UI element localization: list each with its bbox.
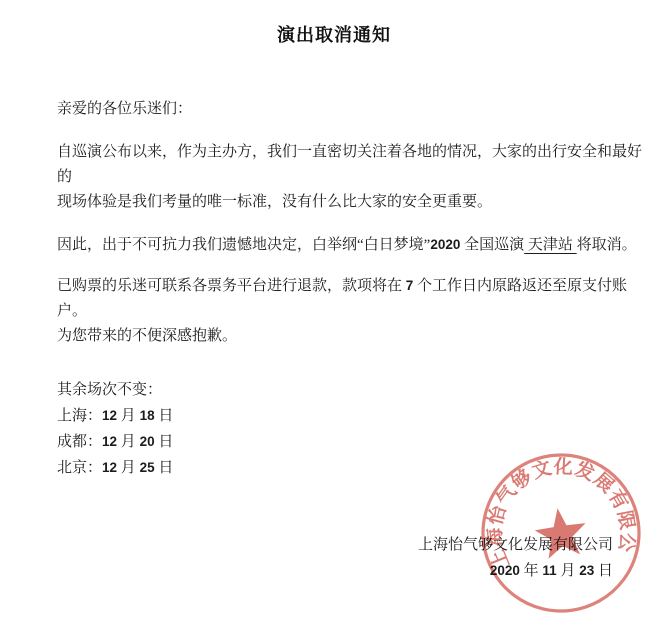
greeting-line: 亲爱的各位乐迷们： — [57, 97, 642, 122]
number: 25 — [140, 460, 155, 475]
number: 18 — [140, 408, 155, 423]
number: 11 — [542, 563, 556, 578]
number: 20 — [140, 434, 155, 449]
number: 2020 — [490, 563, 520, 578]
notice-body: 亲爱的各位乐迷们： 自巡演公布以来，作为主办方，我们一直密切关注着各地的情况，大… — [0, 97, 668, 481]
number: 7 — [406, 278, 414, 293]
number: 12 — [102, 434, 117, 449]
schedule-item-beijing: 北京：12 月 25 日 — [57, 455, 642, 481]
signature-company: 上海怡气够文化发展有限公司 — [418, 533, 613, 558]
signature-date: 2020 年 11 月 23 日 — [418, 558, 613, 584]
document-title: 演出取消通知 — [0, 0, 668, 47]
cancellation-text-after: 将取消。 — [577, 237, 637, 253]
number: 12 — [102, 460, 117, 475]
signature-block: 上海怡气够文化发展有限公司 2020 年 11 月 23 日 — [418, 533, 613, 584]
schedule-list: 其余场次不变： 上海：12 月 18 日 成都：12 月 20 日 北京：12 … — [57, 378, 642, 481]
number: 12 — [102, 408, 117, 423]
schedule-item-chengdu: 成都：12 月 20 日 — [57, 429, 642, 455]
cancellation-text-before: 因此，出于不可抗力我们遗憾地决定，白举纲“白日梦境”2020 全国巡演 — [57, 237, 524, 253]
paragraph-refund: 已购票的乐迷可联系各票务平台进行退款，款项将在 7 个工作日内原路返还至原支付账… — [57, 273, 642, 349]
number: 2020 — [430, 237, 460, 252]
paragraph-safety: 自巡演公布以来，作为主办方，我们一直密切关注着各地的情况，大家的出行安全和最好的… — [57, 140, 642, 215]
number: 23 — [579, 563, 594, 578]
schedule-header: 其余场次不变： — [57, 378, 642, 403]
schedule-item-shanghai: 上海：12 月 18 日 — [57, 403, 642, 429]
notice-page: 演出取消通知 亲爱的各位乐迷们： 自巡演公布以来，作为主办方，我们一直密切关注着… — [0, 0, 668, 630]
paragraph-cancellation: 因此，出于不可抗力我们遗憾地决定，白举纲“白日梦境”2020 全国巡演 天津站 … — [57, 232, 642, 258]
tianjin-stop-underlined: 天津站 — [524, 237, 577, 253]
